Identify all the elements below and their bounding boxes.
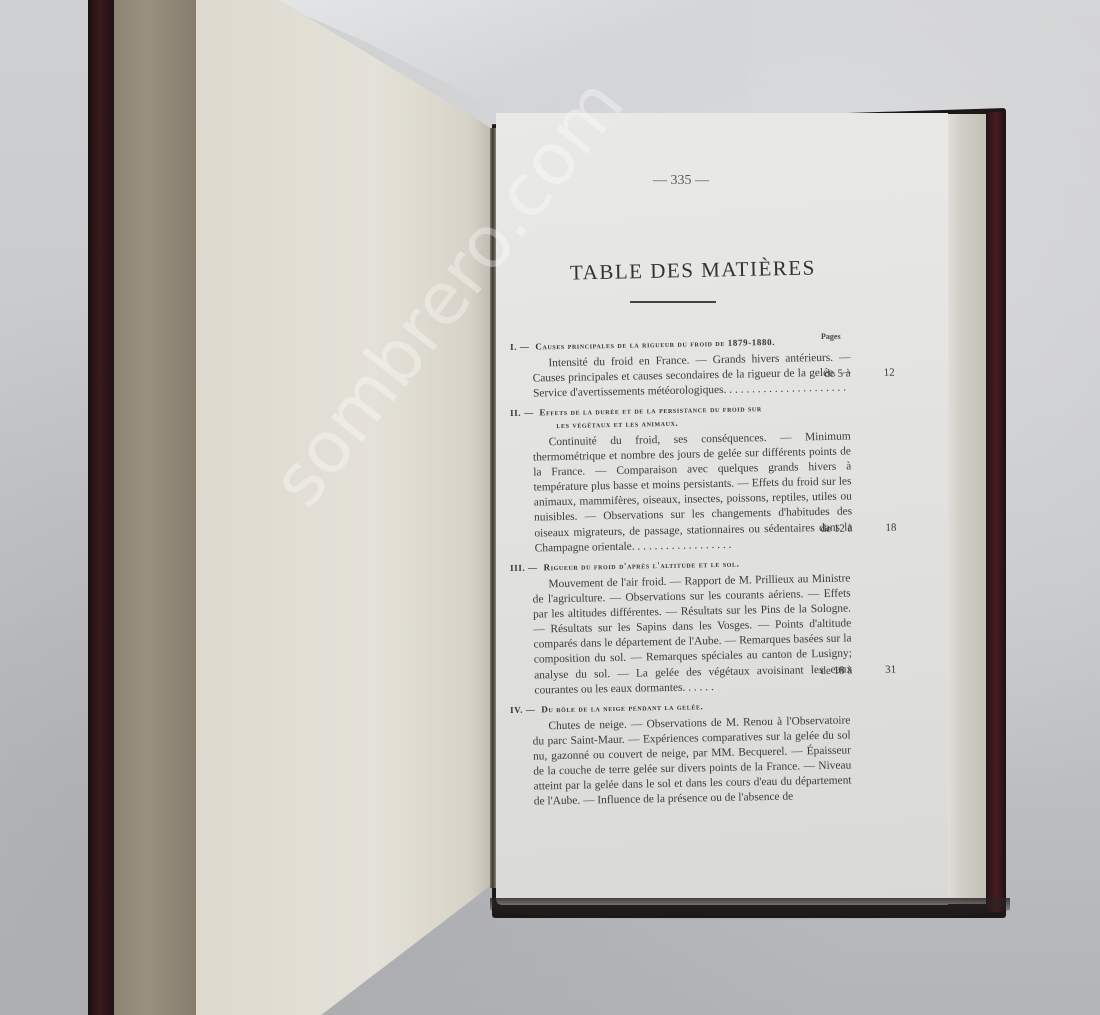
toc-entry-body: Continuité du froid, ses conséquences. —… — [511, 430, 853, 557]
toc-entries: I. — Causes principales de la rigueur du… — [510, 341, 850, 815]
page-range: de 5 à — [808, 367, 851, 383]
toc-entry: III. — Rigueur du froid d'après l'altitu… — [510, 556, 853, 699]
page-end: 12 — [868, 366, 895, 382]
book-cover-right-edge — [986, 112, 1006, 912]
chapter-summary: Intensité du froid en France. — Grands h… — [533, 351, 851, 399]
page-range: de 18 à — [804, 663, 852, 679]
printed-page-content: — 335 — TABLE DES MATIÈRES Pages I. — Ca… — [496, 113, 948, 905]
page-number: — 335 — — [636, 173, 726, 189]
page-title: TABLE DES MATIÈRES — [570, 255, 816, 285]
chapter-summary: Chutes de neige. — Observations de M. Re… — [533, 714, 852, 808]
title-rule-divider — [630, 301, 716, 303]
chapter-numeral: III. — — [510, 563, 538, 574]
chapter-heading: Causes principales de la rigueur du froi… — [535, 337, 775, 352]
chapter-heading: Rigueur du froid d'après l'altitude et l… — [543, 559, 739, 573]
toc-entry-body: Intensité du froid en France. — Grands h… — [510, 350, 851, 402]
page-block-edge-left — [114, 0, 196, 1015]
toc-entry-heading: II. — Effets de la durée et de la persis… — [510, 401, 850, 434]
chapter-heading: Effets de la durée et de la persistance … — [539, 403, 761, 417]
page-end: 31 — [869, 662, 896, 678]
toc-entry-body: Chutes de neige. — Observations de M. Re… — [510, 713, 852, 810]
toc-entry: II. — Effets de la durée et de la persis… — [510, 401, 853, 557]
toc-entry-body: Mouvement de l'air froid. — Rapport de M… — [510, 572, 852, 699]
toc-entry: I. — Causes principales de la rigueur du… — [510, 334, 851, 402]
toc-entry: IV. — Du rôle de la neige pendant la gel… — [510, 697, 852, 810]
page-stack-right — [944, 114, 986, 904]
left-page-blank — [196, 0, 494, 1015]
chapter-heading: Du rôle de la neige pendant la gelée. — [541, 701, 703, 714]
chapter-numeral: II. — — [510, 408, 534, 418]
page-range: de 12 à — [804, 521, 852, 537]
page-end: 18 — [869, 521, 896, 537]
chapter-numeral: IV. — — [510, 704, 536, 714]
book-cover-left — [88, 0, 114, 1015]
chapter-numeral: I. — — [510, 342, 530, 352]
